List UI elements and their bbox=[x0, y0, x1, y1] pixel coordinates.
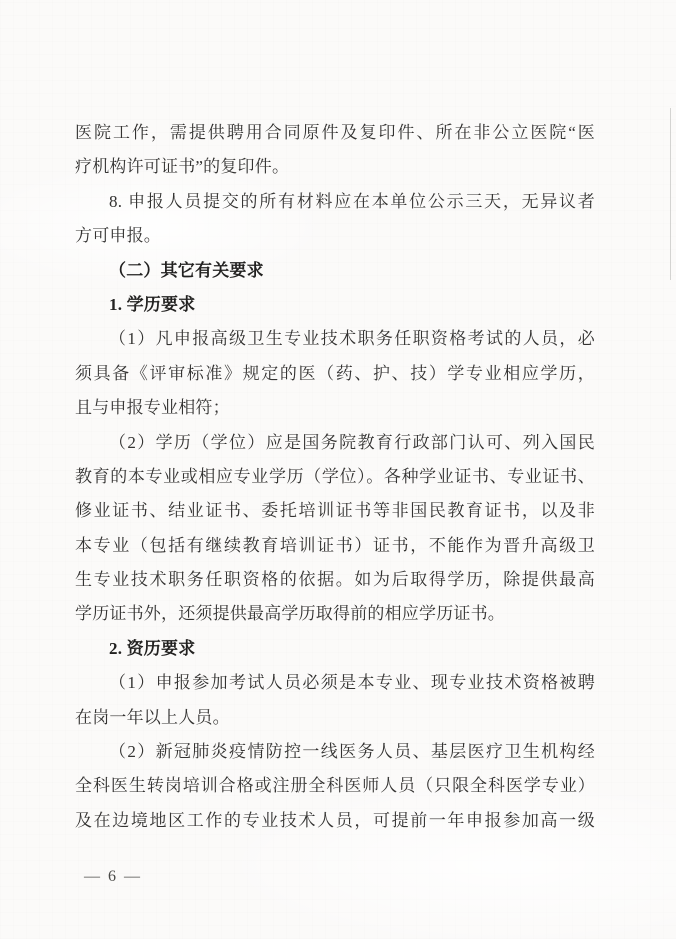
document-page: 医院工作，需提供聘用合同原件及复印件、所在非公立医院“医 疗机构许可证书”的复印… bbox=[0, 0, 676, 939]
paragraph-text: 8. 申报人员提交的所有材料应在本单位公示三天，无异议者 bbox=[75, 185, 595, 219]
paragraph-text: 且与申报专业相符； bbox=[75, 391, 595, 425]
paragraph-text: 方可申报。 bbox=[75, 219, 595, 253]
paragraph-text: 教育的本专业或相应专业学历（学位）。各种学业证书、专业证书、 bbox=[75, 460, 595, 494]
paragraph-text: 及在边境地区工作的专业技术人员，可提前一年申报参加高一级 bbox=[75, 804, 595, 838]
paragraph-text: （1）凡申报高级卫生专业技术职务任职资格考试的人员，必 bbox=[75, 322, 595, 356]
paragraph-text: 疗机构许可证书”的复印件。 bbox=[75, 150, 595, 184]
paragraph-text: （2）新冠肺炎疫情防控一线医务人员、基层医疗卫生机构经 bbox=[75, 735, 595, 769]
section-heading: 2. 资历要求 bbox=[75, 632, 595, 666]
section-heading: 1. 学历要求 bbox=[75, 288, 595, 322]
paragraph-text: 医院工作，需提供聘用合同原件及复印件、所在非公立医院“医 bbox=[75, 116, 595, 150]
paragraph-text: （2）学历（学位）应是国务院教育行政部门认可、列入国民 bbox=[75, 426, 595, 460]
document-body: 医院工作，需提供聘用合同原件及复印件、所在非公立医院“医 疗机构许可证书”的复印… bbox=[75, 116, 595, 838]
paragraph-text: 本专业（包括有继续教育培训证书）证书，不能作为晋升高级卫 bbox=[75, 529, 595, 563]
paragraph-text: 全科医生转岗培训合格或注册全科医师人员（只限全科医学专业） bbox=[75, 769, 595, 803]
scan-edge-artifact bbox=[670, 108, 671, 280]
paragraph-text: 学历证书外，还须提供最高学历取得前的相应学历证书。 bbox=[75, 597, 595, 631]
paragraph-text: 生专业技术职务任职资格的依据。如为后取得学历，除提供最高 bbox=[75, 563, 595, 597]
paragraph-text: 在岗一年以上人员。 bbox=[75, 701, 595, 735]
paragraph-text: 修业证书、结业证书、委托培训证书等非国民教育证书，以及非 bbox=[75, 494, 595, 528]
page-number: — 6 — bbox=[84, 866, 142, 888]
paragraph-text: 须具备《评审标准》规定的医（药、护、技）学专业相应学历， bbox=[75, 357, 595, 391]
section-heading: （二）其它有关要求 bbox=[75, 254, 595, 288]
paragraph-text: （1）申报参加考试人员必须是本专业、现专业技术资格被聘 bbox=[75, 666, 595, 700]
